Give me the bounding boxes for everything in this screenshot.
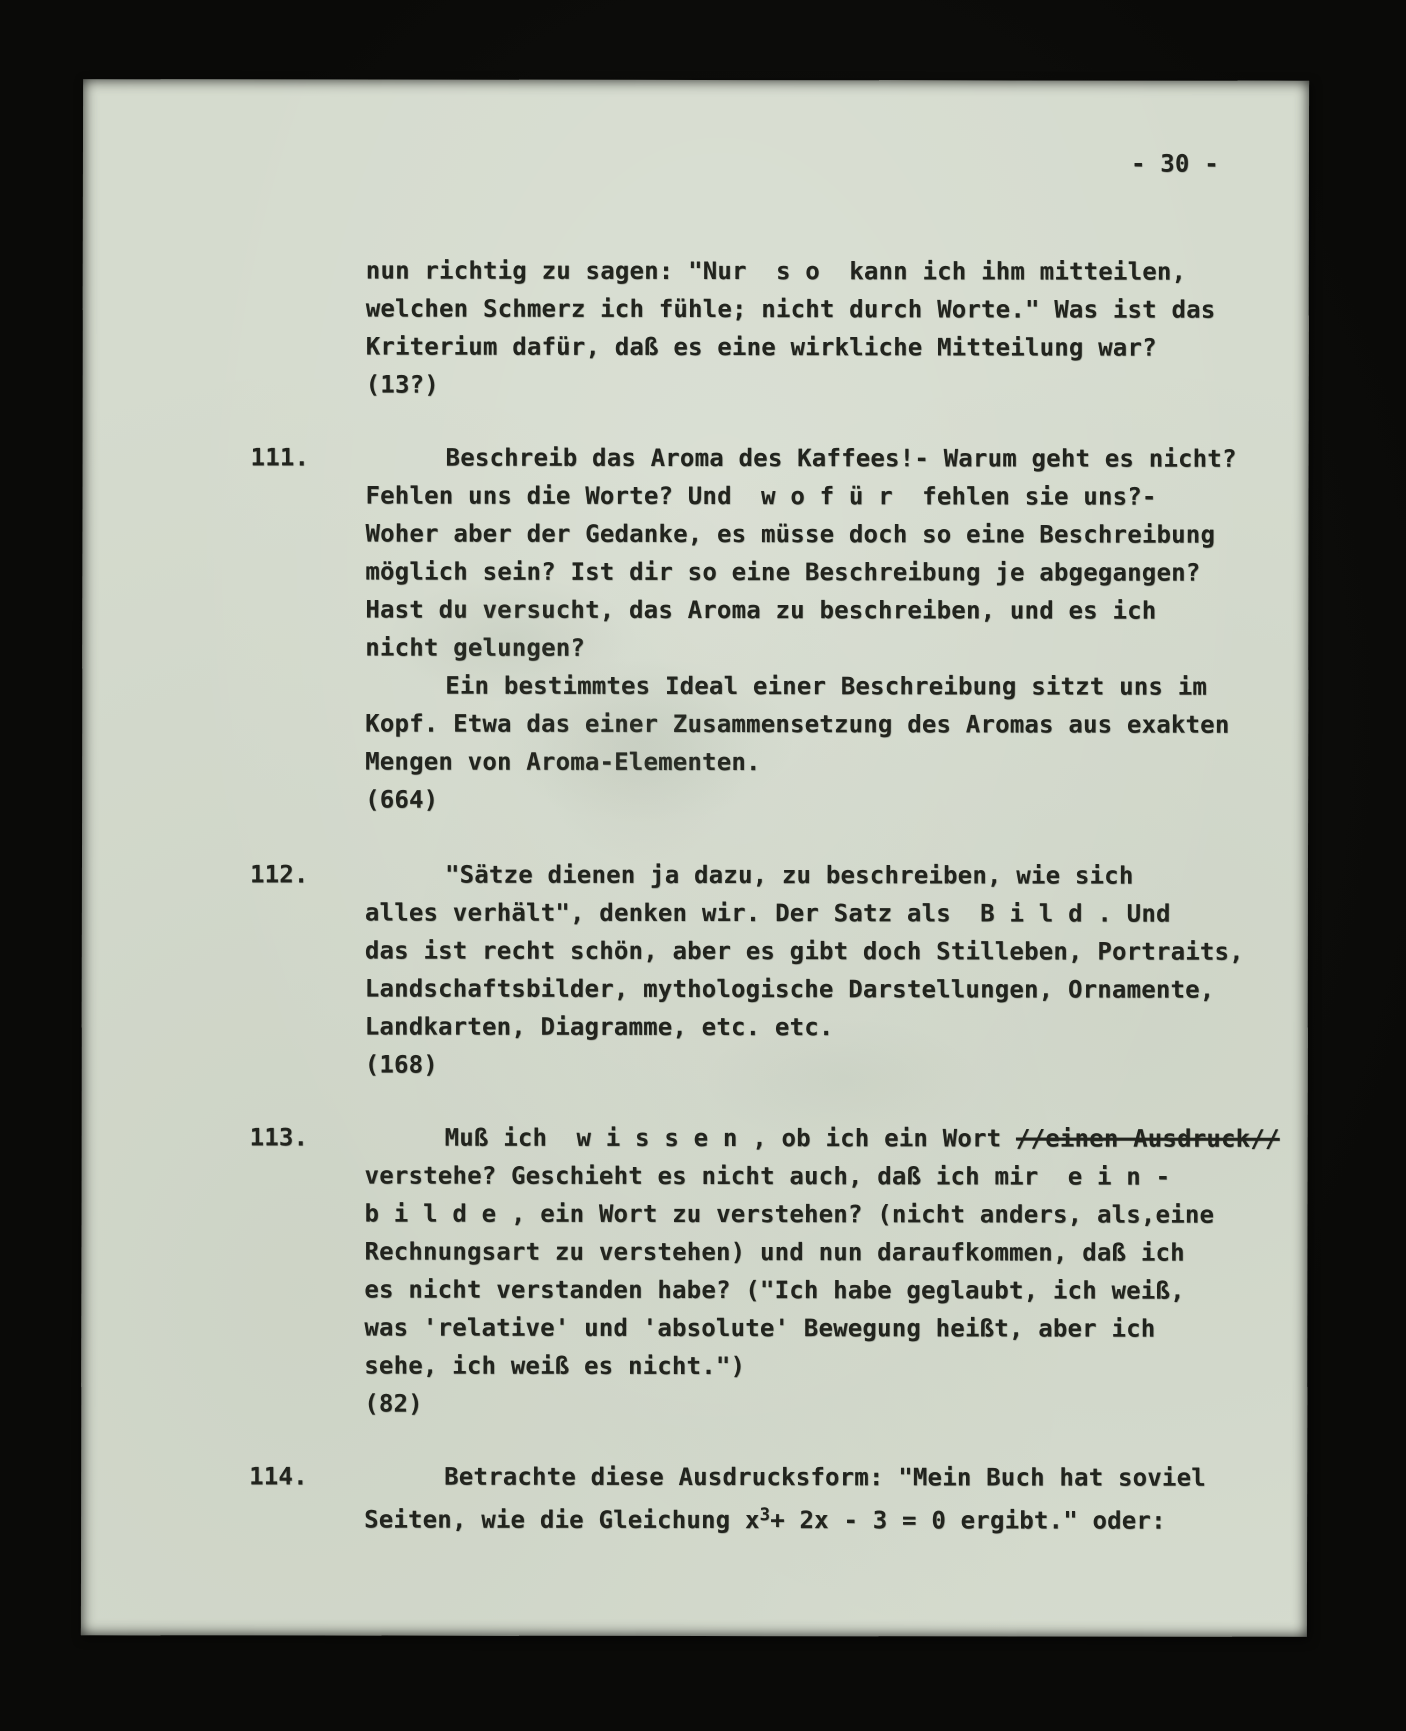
text-line: es nicht verstanden habe? ("Ich habe geg… [364,1271,1324,1310]
text-run: möglich sein? Ist dir so eine Beschreibu… [365,558,1200,587]
text-run: Hast du versucht, das Aroma zu beschreib… [365,596,1156,625]
text-line: (82) [364,1385,1324,1424]
text-layer: nun richtig zu sagen: "Nur s o kann ich … [81,79,1309,1637]
text-run: verstehe? Geschieht es nicht auch, daß i… [365,1162,1171,1191]
text-line: Beschreib das Aroma des Kaffees!- Warum … [366,439,1326,478]
text-run: sehe, ich weiß es nicht.") [364,1352,745,1381]
text-line: Rechnungsart zu verstehen) und nun darau… [364,1233,1324,1272]
text-run: Fehlen uns die Worte? Und w o f ü r fehl… [365,482,1156,511]
paragraph-section: 113.Muß ich w i s s e n , ob ich ein Wor… [364,1119,1324,1424]
text-line: möglich sein? Ist dir so eine Beschreibu… [365,553,1325,592]
text-run: Kopf. Etwa das einer Zusammensetzung des… [365,710,1229,739]
text-run: Beschreib das Aroma des Kaffees!- Warum … [446,444,1237,473]
text-run: (82) [364,1390,423,1418]
section-number: 113. [250,1118,309,1156]
scanned-document: - 30 - nun richtig zu sagen: "Nur s o ka… [0,0,1406,1731]
text-run: + 2x - 3 = 0 ergibt." oder: [770,1506,1166,1535]
text-line: alles verhält", denken wir. Der Satz als… [365,894,1325,933]
text-line: "Sätze dienen ja dazu, zu beschreiben, w… [365,856,1325,895]
text-run: Woher aber der Gedanke, es müsse doch so… [365,520,1215,549]
text-line: b i l d e , ein Wort zu verstehen? (nich… [364,1195,1324,1234]
text-line: verstehe? Geschieht es nicht auch, daß i… [365,1157,1325,1196]
text-run: b i l d e , ein Wort zu verstehen? (nich… [364,1200,1214,1229]
text-run: (13?) [366,371,439,399]
text-line: Kopf. Etwa das einer Zusammensetzung des… [365,705,1325,744]
superscript: 3 [760,1505,771,1525]
paragraph-section: 112."Sätze dienen ja dazu, zu beschreibe… [365,856,1325,1085]
text-run: Landschaftsbilder, mythologische Darstel… [365,975,1215,1004]
text-run: (664) [365,786,438,814]
text-run: alles verhält", denken wir. Der Satz als… [365,899,1171,928]
text-run: Seiten, wie die Gleichung x [364,1506,760,1535]
section-number: 112. [250,855,309,893]
text-run: Kriterium dafür, daß es eine wirkliche M… [366,333,1157,362]
paragraph-section: nun richtig zu sagen: "Nur s o kann ich … [366,252,1326,405]
text-run: Ein bestimmtes Ideal einer Beschreibung … [445,672,1207,701]
text-line: Hast du versucht, das Aroma zu beschreib… [365,591,1325,630]
text-run: (168) [365,1051,438,1079]
paragraph-section: 114.Betrachte diese Ausdrucksform: "Mein… [364,1458,1324,1535]
text-run: Rechnungsart zu verstehen) und nun darau… [364,1238,1184,1267]
text-line: Mengen von Aroma-Elementen. [365,743,1325,782]
text-line: Muß ich w i s s e n , ob ich ein Wort //… [365,1119,1325,1158]
text-run: das ist recht schön, aber es gibt doch S… [365,937,1244,966]
text-run: was 'relative' und 'absolute' Bewegung h… [364,1314,1155,1343]
text-line: welchen Schmerz ich fühle; nicht durch W… [366,290,1326,329]
text-line: was 'relative' und 'absolute' Bewegung h… [364,1309,1324,1348]
text-line: Ein bestimmtes Ideal einer Beschreibung … [365,667,1325,706]
text-line: Landschaftsbilder, mythologische Darstel… [365,970,1325,1009]
struck-text: //einen Ausdruck// [1016,1124,1280,1152]
text-run: Muß ich w i s s e n , ob ich ein Wort [445,1124,1016,1153]
text-line: Seiten, wie die Gleichung x3+ 2x - 3 = 0… [364,1496,1324,1535]
paragraph-section: 111.Beschreib das Aroma des Kaffees!- Wa… [365,439,1326,820]
text-run: Betrachte diese Ausdrucksform: "Mein Buc… [444,1463,1206,1492]
text-run: "Sätze dienen ja dazu, zu beschreiben, w… [445,861,1134,890]
text-run: nun richtig zu sagen: "Nur s o kann ich … [366,257,1186,286]
text-line: Fehlen uns die Worte? Und w o f ü r fehl… [365,477,1325,516]
text-line: Woher aber der Gedanke, es müsse doch so… [365,515,1325,554]
text-line: (168) [365,1046,1325,1085]
section-number: 111. [251,438,310,476]
text-line: Betrachte diese Ausdrucksform: "Mein Buc… [364,1458,1324,1497]
text-line: nun richtig zu sagen: "Nur s o kann ich … [366,252,1326,291]
text-line: sehe, ich weiß es nicht.") [364,1347,1324,1386]
text-line: nicht gelungen? [365,629,1325,668]
text-run: welchen Schmerz ich fühle; nicht durch W… [366,295,1216,324]
text-line: Kriterium dafür, daß es eine wirkliche M… [366,328,1326,367]
text-run: nicht gelungen? [365,634,585,662]
text-run: Mengen von Aroma-Elementen. [365,748,761,777]
text-run: es nicht verstanden habe? ("Ich habe geg… [364,1276,1184,1305]
section-number: 114. [249,1457,308,1495]
text-line: das ist recht schön, aber es gibt doch S… [365,932,1325,971]
text-run: Landkarten, Diagramme, etc. etc. [365,1013,834,1042]
text-line: (664) [365,781,1325,820]
text-line: (13?) [366,366,1326,405]
text-line: Landkarten, Diagramme, etc. etc. [365,1008,1325,1047]
paper-page: - 30 - nun richtig zu sagen: "Nur s o ka… [81,79,1309,1637]
